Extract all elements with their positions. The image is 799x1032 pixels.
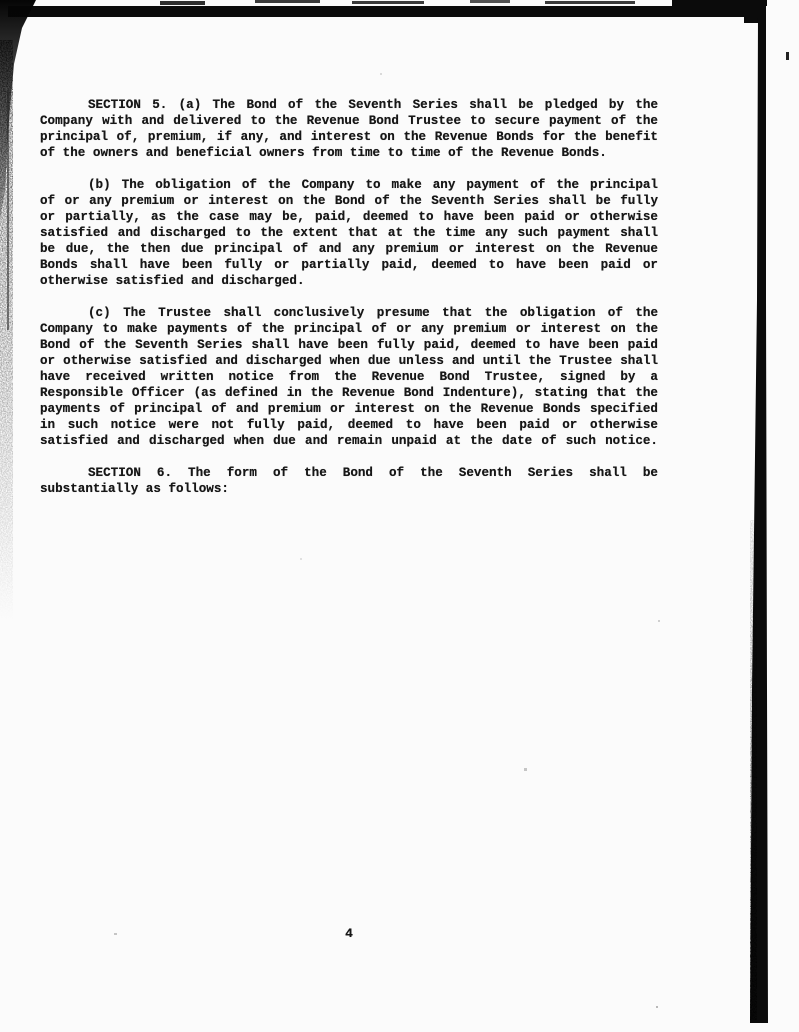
text-line: (c) The Trustee shall conclusively presu…: [40, 305, 658, 321]
document-body: SECTION 5. (a) The Bond of the Seventh S…: [40, 97, 658, 513]
paragraph-section-5-a: SECTION 5. (a) The Bond of the Seventh S…: [40, 97, 658, 161]
text-line: substantially as follows:: [40, 481, 658, 497]
text-line: Company to make payments of the principa…: [40, 321, 658, 337]
text-line: or partially, as the case may be, paid, …: [40, 209, 658, 225]
text-line: principal of, premium, if any, and inter…: [40, 129, 658, 145]
scan-artifact-top-bar: [8, 0, 767, 23]
text-line: Responsible Officer (as defined in the R…: [40, 385, 658, 401]
paragraph-section-5-b: (b) The obligation of the Company to mak…: [40, 177, 658, 289]
text-line: or otherwise satisfied and discharged wh…: [40, 353, 658, 369]
document-page: SECTION 5. (a) The Bond of the Seventh S…: [0, 0, 799, 1032]
text-line: (b) The obligation of the Company to mak…: [40, 177, 658, 193]
text-line: SECTION 6. The form of the Bond of the S…: [40, 465, 658, 481]
scan-artifact-right-edge: [750, 17, 789, 1023]
text-line: have received written notice from the Re…: [40, 369, 658, 385]
text-line: in such notice were not fully paid, deem…: [40, 417, 658, 433]
text-line: SECTION 5. (a) The Bond of the Seventh S…: [40, 97, 658, 113]
text-line: Bonds shall have been fully or partially…: [40, 257, 658, 273]
text-line: be due, the then due principal of and an…: [40, 241, 658, 257]
paragraph-section-5-c: (c) The Trustee shall conclusively presu…: [40, 305, 658, 449]
text-line: satisfied and discharged to the extent t…: [40, 225, 658, 241]
text-line: Company with and delivered to the Revenu…: [40, 113, 658, 129]
text-line: of or any premium or interest on the Bon…: [40, 193, 658, 209]
text-line: Bond of the Seventh Series shall have be…: [40, 337, 658, 353]
paragraph-section-6: SECTION 6. The form of the Bond of the S…: [40, 465, 658, 497]
text-line: of the owners and beneficial owners from…: [40, 145, 658, 161]
text-line: otherwise satisfied and discharged.: [40, 273, 658, 289]
page-number: 4: [40, 926, 658, 942]
text-line: satisfied and discharged when due and re…: [40, 433, 658, 449]
text-line: payments of principal of and premium or …: [40, 401, 658, 417]
scan-artifact-left-edge: [0, 0, 36, 620]
